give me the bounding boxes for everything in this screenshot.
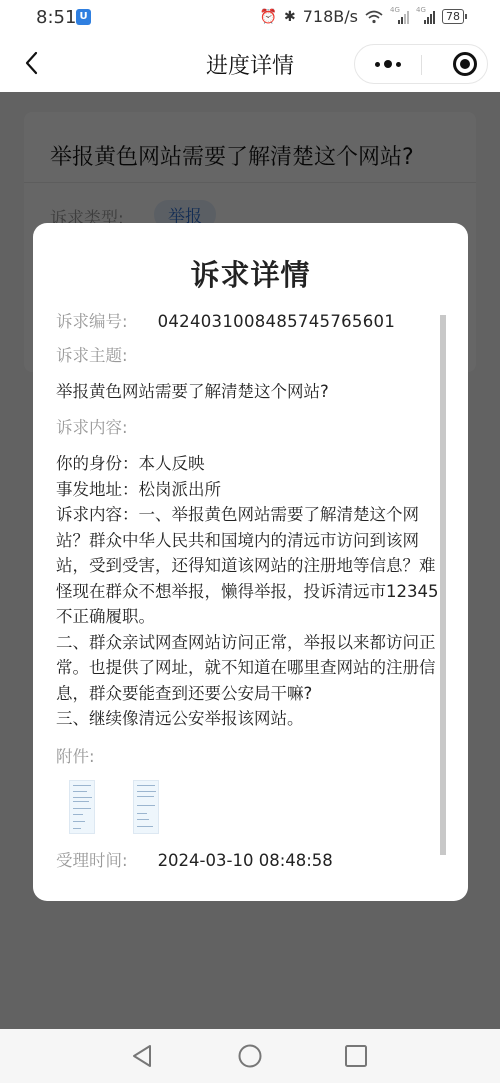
modal-scroll-content[interactable]: 诉求编号: 0424031008485745765601 诉求主题: 举报黄色网… bbox=[56, 309, 441, 875]
alarm-icon: ⏰ bbox=[260, 9, 277, 25]
attachment-list bbox=[69, 780, 441, 834]
status-bar: 8:51 U ⏰ ✱ 718B/s 4G 4G 78 bbox=[0, 0, 500, 36]
scrollbar[interactable] bbox=[440, 315, 446, 855]
bluetooth-icon: ✱ bbox=[284, 9, 296, 25]
content-text: 你的身份：本人反映 事发地址：松岗派出所 诉求内容：一、举报黄色网站需要了解清楚… bbox=[56, 451, 441, 732]
subject-value: 举报黄色网站需要了解清楚这个网站? bbox=[56, 379, 441, 405]
accept-time-label: 受理时间: bbox=[56, 848, 128, 874]
signal-sim1-icon: 4G bbox=[390, 10, 409, 24]
content-line: 你的身份：本人反映 bbox=[56, 451, 441, 477]
mini-program-capsule bbox=[354, 44, 488, 84]
modal-title: 诉求详情 bbox=[33, 253, 468, 294]
attachment-thumbnail[interactable] bbox=[69, 780, 95, 834]
network-speed: 718B/s bbox=[303, 7, 358, 26]
content-label: 诉求内容: bbox=[56, 415, 441, 441]
home-circle-icon[interactable] bbox=[237, 1043, 263, 1069]
wifi-icon bbox=[365, 10, 383, 24]
back-triangle-icon[interactable] bbox=[130, 1043, 156, 1069]
attachment-thumbnail[interactable] bbox=[133, 780, 159, 834]
recents-square-icon[interactable] bbox=[343, 1043, 369, 1069]
request-id-value: 0424031008485745765601 bbox=[158, 309, 396, 335]
request-id-label: 诉求编号: bbox=[56, 309, 128, 335]
clock: 8:51 bbox=[36, 7, 76, 28]
system-navigation-bar bbox=[0, 1029, 500, 1083]
subject-label: 诉求主题: bbox=[56, 343, 441, 369]
content-line: 三、继续像清远公安举报该网站。 bbox=[56, 706, 441, 732]
content-line: 二、群众亲试网查网站访问正常，举报以来都访问正常。也提供了网址，就不知道在哪里查… bbox=[56, 630, 441, 707]
app-notification-icon: U bbox=[76, 9, 91, 25]
request-detail-modal: 诉求详情 诉求编号: 0424031008485745765601 诉求主题: … bbox=[33, 223, 468, 901]
accept-time-value: 2024-03-10 08:48:58 bbox=[158, 848, 333, 874]
nav-bar: 进度详情 bbox=[0, 36, 500, 92]
capsule-divider bbox=[421, 55, 422, 75]
attachment-label: 附件: bbox=[56, 744, 441, 770]
signal-sim2-icon: 4G bbox=[416, 10, 435, 24]
more-dots-icon[interactable] bbox=[355, 45, 421, 83]
content-line: 诉求内容：一、举报黄色网站需要了解清楚这个网站？群众中华人民共和国境内的清远市访… bbox=[56, 502, 441, 630]
accept-time-row: 受理时间: 2024-03-10 08:48:58 bbox=[56, 848, 441, 874]
target-circle-icon[interactable] bbox=[453, 52, 477, 76]
battery-icon: 78 bbox=[442, 9, 464, 24]
content-line: 事发地址：松岗派出所 bbox=[56, 477, 441, 503]
request-id-row: 诉求编号: 0424031008485745765601 bbox=[56, 309, 441, 335]
